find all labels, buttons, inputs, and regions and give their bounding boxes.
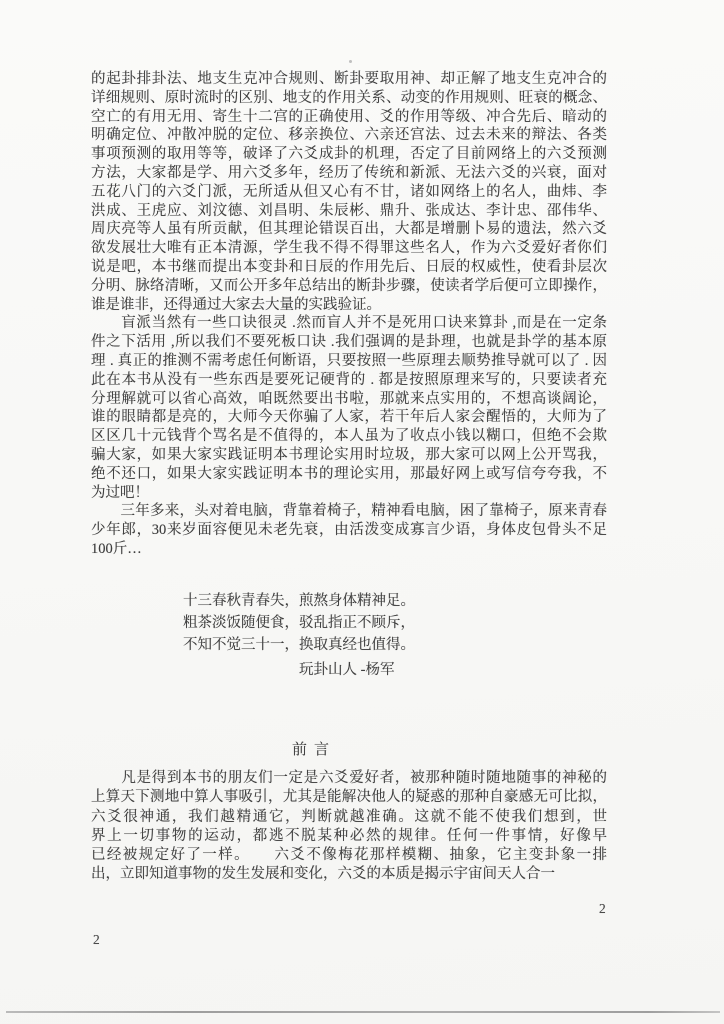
paragraph-continuation: 的起卦排卦法、地支生克冲合规则、断卦要取用神、却正解了地支生克冲合的详细规则、原…: [91, 70, 607, 314]
text-line: 方法，大家都是学、用六爻多年，经历了传统和新派、无法六爻的兴衰，面对: [91, 164, 607, 183]
text-line: 明确定位、冲散冲脱的定位、移亲换位、六亲还宫法、过去未来的辩法、各类: [91, 126, 607, 145]
scan-speck: [349, 60, 352, 63]
page-number-right: 2: [599, 901, 606, 917]
text-line: 谁的眼睛都是亮的，大师今天你骗了人家，若干年后人家会醒悟的，大师为了: [91, 408, 607, 427]
text-line: 区区几十元钱背个骂名是不值得的，本人虽为了收点小钱以糊口，但绝不会欺: [91, 427, 607, 446]
text-line: 件之下活用 ,所以我们不要死板口诀 .我们强调的是卦理，也就是卦学的基本原: [91, 333, 607, 352]
text-line: 盲派当然有一些口诀很灵 .然而盲人并不是死用口诀来算卦 ,而是在一定条: [91, 314, 607, 333]
text-line: 六爻很神通，我们越精通它，判断就越准确。这就不能不使我们想到，世: [91, 808, 607, 827]
text-line: 不知不觉三十一，换取真经也值得。: [183, 635, 415, 657]
text-line: 说是吧，本书继而提出本变卦和日辰的作用先后、日辰的权威性，使看卦层次: [91, 258, 607, 277]
text-line: 分理解就可以省心高效，咱既然要出书啦，那就来点实用的，不想高谈阔论，: [91, 390, 607, 409]
text-line: 此在本书从没有一些东西是要死记硬背的 . 都是按照原理来写的，只要读者充: [91, 371, 607, 390]
text-line: 界上一切事物的运动，都逃不脱某种必然的规律。任何一件事情，好像早: [91, 827, 607, 846]
page-number-bottom-left: 2: [93, 932, 100, 948]
text-line: 欲发展壮大唯有正本清源，学生我不得不得罪这些名人，作为六爻爱好者你们: [91, 239, 607, 258]
text-line: 五花八门的六爻门派，无所适从但又心有不甘，诸如网络上的名人，曲炜、李: [91, 183, 607, 202]
body-text-block: 的起卦排卦法、地支生克冲合规则、断卦要取用神、却正解了地支生克冲合的详细规则、原…: [91, 70, 607, 559]
text-line: 分明、脉络清晰，又而公开多年总结出的断卦步骤，使读者学后便可立即操作，: [91, 277, 607, 296]
preface-paragraph: 凡是得到本书的朋友们一定是六爻爱好者，被那种随时随地随事的神秘的上算天下测地中算…: [91, 769, 607, 885]
text-line: 100斤…: [91, 540, 607, 559]
text-line: 的起卦排卦法、地支生克冲合规则、断卦要取用神、却正解了地支生克冲合的: [91, 70, 607, 89]
text-line: 详细规则、原时流时的区别、地支的作用关系、动变的作用规则、旺衰的概念、: [91, 89, 607, 108]
text-line: 十三春秋青春失，煎熬身体精神足。: [183, 591, 415, 613]
author-signature: 玩卦山人 -杨军: [299, 658, 394, 679]
paragraph-three-years: 三年多来，头对着电脑，背靠着椅子，精神看电脑，困了靠椅子，原来青春少年郎，30来…: [91, 502, 607, 558]
poem-block: 十三春秋青春失，煎熬身体精神足。粗茶淡饭随便食，驳乱指正不顾斥，不知不觉三十一，…: [183, 591, 415, 656]
text-line: 已经被规定好了一样。 六爻不像梅花那样模糊、抽象，它主变卦象一排: [91, 846, 607, 865]
text-line: 绝不还口，如果大家实践证明本书的理论实用，那最好网上或写信夸夸我，不: [91, 465, 607, 484]
text-line: 为过吧！: [91, 484, 607, 503]
scan-edge-line: [6, 1011, 720, 1013]
paragraph-blind-school: 盲派当然有一些口诀很灵 .然而盲人并不是死用口诀来算卦 ,而是在一定条件之下活用…: [91, 314, 607, 502]
scanned-book-page: 的起卦排卦法、地支生克冲合规则、断卦要取用神、却正解了地支生克冲合的详细规则、原…: [0, 0, 724, 1024]
preface-heading: 前言: [292, 738, 336, 759]
text-line: 理 . 真正的推测不需考虑任何断语，只要按照一些原理去顺势推导就可以了 . 因: [91, 352, 607, 371]
text-line: 骗大家，如果大家实践证明本书理论实用时垃圾，那大家可以网上公开骂我，: [91, 446, 607, 465]
text-line: 粗茶淡饭随便食，驳乱指正不顾斥，: [183, 613, 415, 635]
text-line: 上算天下测地中算人事吸引，尤其是能解决他人的疑惑的那种自豪感无可比拟，: [91, 788, 607, 807]
text-line: 空亡的有用无用、寄生十二宫的正确使用、爻的作用等级、冲合先后、暗动的: [91, 108, 607, 127]
text-line: 谁是谁非，还得通过大家去大量的实践验证。: [91, 296, 607, 315]
text-line: 事项预测的取用等等，破译了六爻成卦的机理，否定了目前网络上的六爻预测: [91, 145, 607, 164]
text-line: 出，立即知道事物的发生发展和变化，六爻的本质是揭示宇宙间天人合一: [91, 865, 607, 884]
text-line: 凡是得到本书的朋友们一定是六爻爱好者，被那种随时随地随事的神秘的: [91, 769, 607, 788]
text-line: 周庆亮等人虽有所贡献，但其理论错误百出，大都是增删卜易的遗法，然六爻: [91, 220, 607, 239]
text-line: 洪成、王虎应、刘汶德、刘昌明、朱辰彬、鼎升、张成达、李计忠、邵伟华、: [91, 202, 607, 221]
text-line: 三年多来，头对着电脑，背靠着椅子，精神看电脑，困了靠椅子，原来青春: [91, 502, 607, 521]
text-line: 少年郎，30来岁面容便见未老先衰，由活泼变成寡言少语，身体皮包骨头不足: [91, 521, 607, 540]
